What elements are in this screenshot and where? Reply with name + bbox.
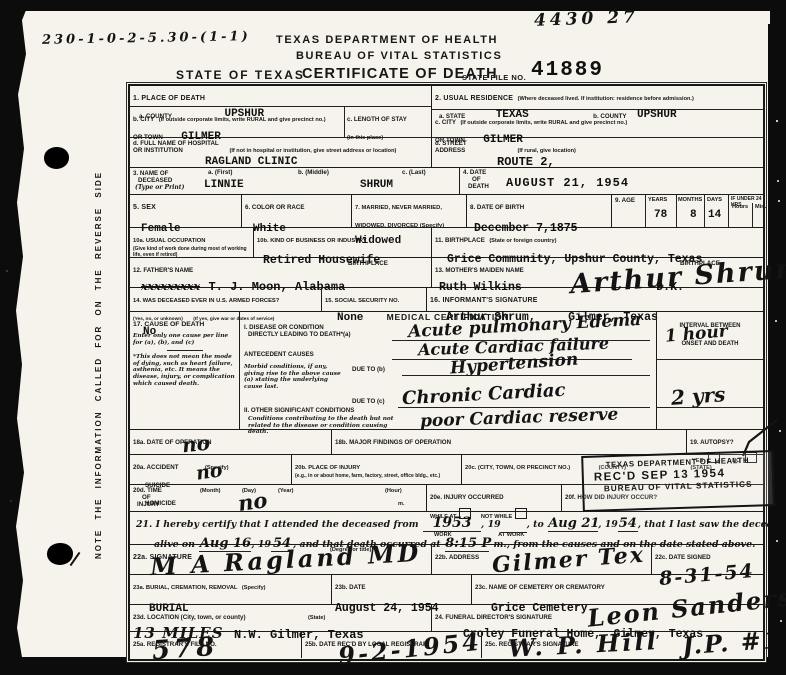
hole-punch-top xyxy=(44,147,69,169)
fathers-name-label: 12. FATHER'S NAME xyxy=(133,267,193,274)
cause-note-1: Enter only one cause per line for (a), (… xyxy=(133,333,236,346)
field-usual-residence: 2. USUAL RESIDENCE (Where deceased lived… xyxy=(432,86,763,167)
usual-residence-title: 2. USUAL RESIDENCE xyxy=(435,95,513,102)
row-registrar: 25a. REGISTRAR'S FILE NO. 578 25b. DATE … xyxy=(130,632,763,658)
address-label: 22b. ADDRESS xyxy=(435,554,479,561)
age-hours-label: Hours xyxy=(732,204,748,210)
field-registrar-file-no: 25a. REGISTRAR'S FILE NO. 578 xyxy=(130,632,302,658)
field-date-signed: 22c. DATE SIGNED 8-31-54 xyxy=(652,545,763,574)
color-race-label: 6. COLOR OR RACE xyxy=(245,204,304,211)
field-date-of-operation: 18a. DATE OF OPERATION no xyxy=(130,430,332,454)
row-medical-certification: 17. CAUSE OF DEATH Enter only one cause … xyxy=(130,312,763,430)
place-of-injury-label: 20b. PLACE OF INJURY xyxy=(295,465,360,471)
field-marital-status: 7. MARRIED, NEVER MARRIED, WIDOWED, DIVO… xyxy=(352,195,467,227)
date-signed-label: 22c. DATE SIGNED xyxy=(655,554,711,561)
field-burial-location: 23d. LOCATION (City, town, or county) (S… xyxy=(130,605,432,631)
mothers-name-label: 13. MOTHER'S MAIDEN NAME xyxy=(435,267,524,274)
date-of-death-label-3: DEATH xyxy=(468,183,489,190)
physician-address-handwritten: Gilmer Tex xyxy=(491,542,645,579)
cert-text-1: 21. I hereby certify that I attended the… xyxy=(136,519,419,530)
hospital-note: (If not in hospital or institution, give… xyxy=(229,148,396,154)
age-years-label: YEARS xyxy=(648,197,667,203)
burial-location-state-note: (State) xyxy=(308,615,325,621)
first-name-label: a. (First) xyxy=(208,169,232,176)
time-injury-label-2: OF xyxy=(142,494,151,501)
age-months-value: 8 xyxy=(690,209,697,221)
field-injury-occurred: 20e. INJURY OCCURRED WHILE AT NOT WHILE … xyxy=(427,485,562,511)
residence-state-value: TEXAS xyxy=(496,109,529,121)
age-days-label: DAYS xyxy=(707,197,722,203)
birthplace-label: 11. BIRTHPLACE xyxy=(435,237,485,244)
line-cause-b xyxy=(402,375,650,376)
field-birthplace: 11. BIRTHPLACE (State or foreign country… xyxy=(432,228,763,257)
interval-line-1 xyxy=(657,359,763,360)
residence-county-value: UPSHUR xyxy=(637,109,677,121)
field-physician-address: 22b. ADDRESS Gilmer Tex xyxy=(432,545,652,574)
hospital-label: d. FULL NAME OF HOSPITAL OR INSTITUTION xyxy=(133,141,225,155)
age-label: 9. AGE xyxy=(615,197,635,204)
sex-label: 5. SEX xyxy=(133,204,156,211)
burial-label: 23a. BURIAL, CREMATION, REMOVAL xyxy=(133,585,237,591)
time-injury-year: (Year) xyxy=(278,488,294,494)
usual-residence-note: (Where deceased lived. If institution: r… xyxy=(518,96,694,102)
hospital-value: RAGLAND CLINIC xyxy=(205,156,297,168)
header-state-of-texas: STATE OF TEXAS xyxy=(176,68,305,82)
time-injury-m: m. xyxy=(398,501,405,507)
field-registrar-date: 25b. DATE REC'D BY LOCAL REGISTRAR 9-2-1… xyxy=(302,632,482,658)
other-conditions-label: II. OTHER SIGNIFICANT CONDITIONS xyxy=(244,407,354,414)
cert-hw-to-date: Aug 21 xyxy=(548,516,598,532)
injury-occurred-label: 20e. INJURY OCCURRED xyxy=(430,494,504,501)
residence-city-label: c. CITY xyxy=(435,119,456,126)
county-value: UPSHUR xyxy=(224,108,264,120)
interval-c-value: 2 yrs xyxy=(670,382,726,410)
ssn-label: 15. SOCIAL SECURITY NO. xyxy=(325,298,399,304)
funeral-director-label: 24. FUNERAL DIRECTOR'S SIGNATURE xyxy=(435,614,552,621)
industry-label: 10b. KIND OF BUSINESS OR INDUSTRY xyxy=(257,238,367,244)
street-address-label: d. STREET ADDRESS xyxy=(435,141,483,155)
injury-city-label: 20c. (CITY, TOWN, OR PRECINCT NO.) xyxy=(465,465,570,471)
residence-city-note: (If outside corporate limits, write RURA… xyxy=(460,120,627,126)
field-registrar-signature: 25c. REGISTRAR'S SIGNATURE W. P. Hill J.… xyxy=(482,632,763,658)
first-name-value: LINNIE xyxy=(204,179,244,191)
cert-hw-to-year: 54 xyxy=(618,516,638,532)
street-address-value: ROUTE 2, xyxy=(497,155,555,169)
date-of-death-label-1: 4. DATE xyxy=(463,169,486,176)
cert-text-2: , 19 xyxy=(481,519,501,530)
date-of-death-label-2: OF xyxy=(472,176,481,183)
due-to-b-label: DUE TO (b) xyxy=(352,366,385,373)
row-name: 3. NAME OF DECEASED (Type or Print) a. (… xyxy=(130,168,763,195)
received-stamp: TEXAS DEPARTMENT OF HEALTH REC'D SEP 13 … xyxy=(581,450,775,512)
field-interval-onset-death: INTERVAL BETWEEN ONSET AND DEATH 1 hour … xyxy=(657,312,763,429)
field-sex: 5. SEX Female xyxy=(130,195,242,227)
state-file-no: 41889 xyxy=(531,59,604,82)
name-label-1: 3. NAME OF xyxy=(133,170,168,177)
burial-note: (Specify) xyxy=(242,585,266,591)
age-years-value: 78 xyxy=(654,209,667,221)
length-of-stay-label: c. LENGTH OF STAY xyxy=(347,116,407,123)
scan-right-edge xyxy=(768,24,786,657)
informant-label: 16. INFORMANT'S SIGNATURE xyxy=(430,297,538,304)
field-burial-date: 23b. DATE August 24, 1954 xyxy=(332,575,472,604)
cert-text-4: , 19 xyxy=(598,519,618,530)
row-funeral-director: 23d. LOCATION (City, town, or county) (S… xyxy=(130,605,763,632)
certificate-paper: NOTE THE INFORMATION CALLED FOR ON THE R… xyxy=(14,11,770,657)
header-department: TEXAS DEPARTMENT OF HEALTH xyxy=(276,34,498,46)
field-fathers-name: 12. FATHER'S NAME BIRTHPLACE xxxxxxxxx T… xyxy=(130,258,432,287)
occupation-label: 10a. USUAL OCCUPATION xyxy=(133,238,205,244)
cause-c-handwritten: Chronic Cardiac xyxy=(402,380,566,410)
registrar-date-handwritten: 9-2-1954 xyxy=(337,627,483,671)
reverse-side-note: NOTE THE INFORMATION CALLED FOR ON THE R… xyxy=(94,149,103,559)
row-place-residence: 1. PLACE OF DEATH a. COUNTY UPSHUR b. CI… xyxy=(130,86,763,168)
field-ssn: 15. SOCIAL SECURITY NO. None xyxy=(322,288,427,311)
hw-batch-number: 4430 27 xyxy=(534,7,640,31)
time-injury-label-1: 20d. TIME xyxy=(133,487,162,494)
age-days-value: 14 xyxy=(708,209,721,221)
field-medical-certification: MEDICAL CERTIFICATION I. DISEASE OR COND… xyxy=(240,312,657,429)
cert-hw-from-year: 1953 xyxy=(423,515,481,532)
last-name-label: c. (Last) xyxy=(402,169,426,176)
field-armed-forces: 14. WAS DECEASED EVER IN U.S. ARMED FORC… xyxy=(130,288,322,311)
place-of-death-title: 1. PLACE OF DEATH xyxy=(133,95,205,102)
date-of-operation-handwritten: no xyxy=(181,431,211,458)
dob-label: 8. DATE OF BIRTH xyxy=(470,204,524,211)
accident-handwritten: no xyxy=(195,459,224,484)
due-to-c-label: DUE TO (c) xyxy=(352,398,385,405)
hw-file-code: 230-1-0-2-5.30-(1-1) xyxy=(42,29,251,48)
autopsy-label: 19. AUTOPSY? xyxy=(690,439,734,446)
age-months-label: MONTHS xyxy=(678,197,702,203)
other-conditions-handwritten: poor Cardiac reserve xyxy=(420,405,619,432)
birthplace-note: (State or foreign country) xyxy=(489,238,556,244)
cert-text-3: , to xyxy=(527,519,544,530)
row-occupation: 10a. USUAL OCCUPATION (Give kind of work… xyxy=(130,228,763,258)
cause-note-2: *This does not mean the mode of dying, s… xyxy=(133,354,236,387)
time-injury-month: (Month) xyxy=(200,488,221,494)
cemetery-label: 23c. NAME OF CEMETERY OR CREMATORY xyxy=(475,584,605,591)
field-place-of-injury: 20b. PLACE OF INJURY (e.g., in or about … xyxy=(292,455,462,484)
row-certification-statement: 21. I hereby certify that I attended the… xyxy=(130,512,763,545)
accident-label-1: 20a. ACCIDENT xyxy=(133,464,179,471)
hole-punch-bottom xyxy=(47,543,73,565)
marital-label-1: 7. MARRIED, NEVER MARRIED, xyxy=(355,205,442,211)
field-color-race: 6. COLOR OR RACE White xyxy=(242,195,352,227)
registrar-file-handwritten: 578 xyxy=(151,632,219,667)
burial-date-label: 23b. DATE xyxy=(335,584,365,591)
date-of-death-value: AUGUST 21, 1954 xyxy=(506,176,629,190)
field-physician-signature: 22a. SIGNATURE (Degree or title) M A Rag… xyxy=(130,545,432,574)
field-funeral-director: 24. FUNERAL DIRECTOR'S SIGNATURE Leon Sa… xyxy=(432,605,763,631)
field-place-of-death: 1. PLACE OF DEATH a. COUNTY UPSHUR b. CI… xyxy=(130,86,432,167)
header-bureau: BUREAU OF VITAL STATISTICS xyxy=(296,50,502,62)
field-age: 9. AGE YEARS 78 MONTHS 8 DAYS 14 IF UNDE… xyxy=(612,195,763,227)
scanned-death-certificate: NOTE THE INFORMATION CALLED FOR ON THE R… xyxy=(0,0,786,675)
row-sex-age: 5. SEX Female 6. COLOR OR RACE White 7. … xyxy=(130,195,763,228)
antecedent-note: Morbid conditions, if any, giving rise t… xyxy=(244,364,346,390)
last-name-value: SHRUM xyxy=(360,179,393,191)
interval-line-2 xyxy=(657,407,763,408)
occupation-note: (Give kind of work done during most of w… xyxy=(133,247,250,258)
state-file-no-label: STATE FILE NO. xyxy=(462,73,526,82)
row-physician-signature: 22a. SIGNATURE (Degree or title) M A Rag… xyxy=(130,545,763,575)
age-min-label: Min. xyxy=(755,204,766,210)
time-injury-label-3: INJURY xyxy=(137,501,159,508)
field-certification-statement: 21. I hereby certify that I attended the… xyxy=(130,512,786,544)
field-time-of-injury: 20d. TIME OF INJURY (Month) (Day) (Year)… xyxy=(130,485,427,511)
registrar-signature-handwritten: W. P. Hill xyxy=(507,626,659,663)
name-label-3: (Type or Print) xyxy=(135,185,184,192)
cert-text-5: , that I last saw the deceased xyxy=(638,519,786,530)
row-operation: 18a. DATE OF OPERATION no 18b. MAJOR FIN… xyxy=(130,430,763,455)
field-major-findings: 18b. MAJOR FINDINGS OF OPERATION xyxy=(332,430,687,454)
field-cause-of-death-notes: 17. CAUSE OF DEATH Enter only one cause … xyxy=(130,312,240,429)
scan-speckles xyxy=(776,120,778,122)
place-of-injury-note: (e.g., in or about home, farm, factory, … xyxy=(295,474,458,480)
field-business-industry: 10b. KIND OF BUSINESS OR INDUSTRY Retire… xyxy=(254,228,432,257)
city-label: b. CITY xyxy=(133,116,154,123)
disease-label-2: DIRECTLY LEADING TO DEATH*(a) xyxy=(248,331,351,338)
field-name-of-deceased: 3. NAME OF DECEASED (Type or Print) a. (… xyxy=(130,168,460,194)
field-accident-suicide: 20a. ACCIDENT (Specify) SUICIDE HOMICIDE… xyxy=(130,455,292,484)
disease-label-1: I. DISEASE OR CONDITION xyxy=(244,324,324,331)
field-date-of-death: 4. DATE OF DEATH AUGUST 21, 1954 xyxy=(460,168,763,194)
name-label-2: DECEASED xyxy=(138,177,172,184)
field-date-of-birth: 8. DATE OF BIRTH December 7,1875 xyxy=(467,195,612,227)
burial-location-label: 23d. LOCATION (City, town, or county) xyxy=(133,614,246,621)
field-usual-occupation: 10a. USUAL OCCUPATION (Give kind of work… xyxy=(130,228,254,257)
cause-of-death-label: 17. CAUSE OF DEATH xyxy=(133,321,204,328)
armed-forces-label: 14. WAS DECEASED EVER IN U.S. ARMED FORC… xyxy=(133,298,279,304)
street-address-note: (If rural, give location) xyxy=(517,148,575,154)
fathers-birthplace-label: BIRTHPLACE xyxy=(348,260,388,267)
major-findings-label: 18b. MAJOR FINDINGS OF OPERATION xyxy=(335,439,451,446)
middle-name-label: b. (Middle) xyxy=(298,169,329,176)
time-injury-hour: (Hour) xyxy=(385,488,402,494)
antecedent-label: ANTECEDENT CAUSES xyxy=(244,351,314,358)
certificate-form: 1. PLACE OF DEATH a. COUNTY UPSHUR b. CI… xyxy=(128,84,765,661)
